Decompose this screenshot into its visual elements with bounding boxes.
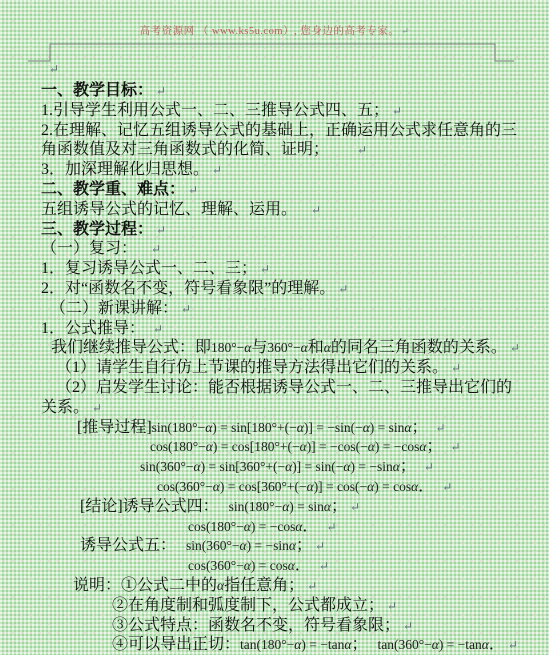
math-run: 180°−α (211, 340, 251, 355)
note-line: 说明：①公式二中的α指任意角；↵ (73, 576, 549, 596)
paragraph-mark: ↵ (508, 638, 518, 652)
paragraph-mark: ↵ (49, 62, 59, 77)
text-run: （2）启发学生讨论：能否根据诱导公式一、二、三推导出它们的 (56, 379, 512, 396)
text-run: ． (418, 478, 434, 495)
watermark-text: 高考资源网 （ www.ks5u.com）, 您身边的高考专家。 (140, 26, 400, 37)
derivation-line: cos(360°−α) = cos[360°+(−α)] = cos(−α) =… (157, 477, 549, 497)
text-run: 说明：①公式二中的 (73, 577, 217, 594)
text-run: 诱导公式五： (80, 537, 176, 554)
paragraph: （二）新课讲解：↵ (50, 299, 549, 319)
paragraph-mark: ↵ (151, 242, 161, 256)
paragraph: （2）启发学生讨论：能否根据诱导公式一、二、三推导出它们的 (56, 378, 549, 398)
paragraph-mark: ↵ (260, 262, 270, 276)
paragraph-mark: ↵ (153, 322, 163, 336)
paragraph: （一）复习：↵ (41, 239, 549, 259)
paragraph-mark: ↵ (156, 223, 166, 237)
text-run: 的同名三角函数的关系。 (331, 339, 507, 356)
paragraph-mark: ↵ (357, 143, 367, 157)
paragraph-mark: ↵ (188, 183, 198, 197)
text-run: 和 (308, 339, 324, 356)
text-run: （一）复习： (41, 240, 137, 257)
paragraph-mark: ↵ (319, 559, 329, 573)
header-watermark: 高考资源网 （ www.ks5u.com）, 您身边的高考专家。↵ (0, 23, 549, 38)
paragraph-mark: ↵ (424, 460, 434, 474)
text-run: （二）新课讲解： (50, 300, 178, 317)
paragraph: （1）请学生自行仿上节课的推导方法得出它们的关系。↵ (56, 358, 549, 378)
conclusion-line: cos(360°−α) = cosα．↵ (188, 556, 549, 576)
text-run: ； (412, 419, 428, 436)
math-run: cos(180°−α) = −cosα (188, 519, 302, 534)
text-run: ． (302, 518, 318, 535)
paragraph-mark: ↵ (338, 282, 348, 296)
text-run: ； (400, 458, 416, 475)
paragraph-mark: ↵ (315, 539, 325, 553)
heading-text: 一、教学目标： (41, 82, 153, 99)
paragraph: 2.在理解、记忆五组诱导公式的基础上，正确运用公式求任意角的三 (41, 121, 549, 141)
math-run: cos(180°−α) = cos[180°+(−α)] = −cos(−α) … (150, 439, 426, 454)
paragraph-mark: ↵ (401, 26, 409, 36)
paragraph: 我们继续推导公式：即180°−α与360°−α和α的同名三角函数的关系。↵ (51, 338, 549, 358)
text-run: ． (489, 636, 505, 653)
note-line: ③公式特点：函数名不变，符号看象限；↵ (112, 616, 549, 636)
text-run: 3．加深理解化归思想。 (41, 161, 209, 178)
paragraph: 三、教学过程：↵ (41, 220, 549, 240)
paragraph: 五组诱导公式的记忆、理解、运用。↵ (41, 200, 549, 220)
paragraph-mark: ↵ (510, 341, 520, 355)
paragraph: 3．加深理解化归思想。↵ (41, 160, 549, 180)
text-run: [推导过程] (77, 419, 152, 436)
paragraph: 角函数值及对三角函数式的化简、证明；↵ (41, 140, 549, 160)
text-run: ； (426, 438, 442, 455)
paragraph: 1．复习诱导公式一、二、三；↵ (41, 259, 549, 279)
text-run: [结论]诱导公式四： (80, 498, 219, 515)
text-run: 1．复习诱导公式一、二、三； (41, 260, 257, 277)
paragraph-mark: ↵ (450, 440, 460, 454)
text-run: 指任意角； (224, 577, 304, 594)
text-run: 1.引导学生利用公式一、二、三推导公式四、五； (41, 102, 389, 119)
math-run: sin(180°−α) = sin[180°+(−α)] = −sin(−α) … (152, 420, 412, 435)
text-run: 2.在理解、记忆五组诱导公式的基础上，正确运用公式求任意角的三 (41, 122, 517, 139)
paragraph-mark: ↵ (350, 500, 360, 514)
paragraph-mark: ↵ (387, 599, 397, 613)
derivation-line: cos(180°−α) = cos[180°+(−α)] = −cos(−α) … (150, 437, 549, 457)
conclusion-line: 诱导公式五：sin(360°−α) = −sinα；↵ (80, 536, 549, 556)
text-run: ③公式特点：函数名不变，符号看象限； (112, 617, 400, 634)
paragraph: 一、教学目标：↵ (41, 81, 549, 101)
math-run: cos(360°−α) = cos[360°+(−α)] = cos(−α) =… (157, 479, 418, 494)
note-line: ②在角度制和弧度制下，公式都成立；↵ (112, 596, 549, 616)
paragraph-mark: ↵ (156, 84, 166, 98)
text-run: ； (331, 498, 347, 515)
note-line: ④可以导出正切：tan(180°−α) = −tanα；tan(360°−α) … (112, 635, 549, 655)
paragraph-mark: ↵ (181, 302, 191, 316)
paragraph: 2．对“函数名不变，符号看象限”的理解。↵ (41, 279, 549, 299)
math-run: sin(360°−α) = sin[360°+(−α)] = sin(−α) =… (140, 459, 400, 474)
paragraph: 1．公式推导：↵ (41, 319, 549, 339)
text-run: 与 (251, 339, 267, 356)
paragraph-mark: ↵ (326, 520, 336, 534)
math-run: tan(180°−α) = −tanα (240, 637, 351, 652)
math-run: cos(360°−α) = cosα (188, 558, 295, 573)
math-run: sin(180°−α) = sinα (229, 499, 331, 514)
heading-text: 三、教学过程： (41, 221, 153, 238)
paragraph-mark: ↵ (311, 203, 321, 217)
text-run: 1．公式推导： (41, 320, 145, 337)
paragraph-mark: ↵ (392, 104, 402, 118)
paragraph: 1.引导学生利用公式一、二、三推导公式四、五；↵ (41, 101, 549, 121)
paragraph-mark: ↵ (212, 163, 222, 177)
text-run: 2．对“函数名不变，符号看象限”的理解。 (41, 280, 335, 297)
derivation-line: [推导过程]sin(180°−α) = sin[180°+(−α)] = −si… (77, 418, 549, 438)
paragraph-mark: ↵ (403, 619, 413, 633)
math-run: 360°−α (267, 340, 307, 355)
document-body: 一、教学目标：↵ 1.引导学生利用公式一、二、三推导公式四、五；↵ 2.在理解、… (41, 81, 549, 655)
math-run: α (324, 340, 331, 355)
math-run: tan(360°−α) = −tanα (377, 637, 488, 652)
text-run: （1）请学生自行仿上节课的推导方法得出它们的关系。 (56, 359, 448, 376)
text-run: ②在角度制和弧度制下，公式都成立； (112, 597, 384, 614)
text-run: 我们继续推导公式：即 (51, 339, 211, 356)
text-run: 五组诱导公式的记忆、理解、运用。 (41, 201, 297, 218)
paragraph-mark: ↵ (442, 480, 452, 494)
paragraph-mark: ↵ (451, 361, 461, 375)
math-run: sin(360°−α) = −sinα (186, 538, 296, 553)
conclusion-line: [结论]诱导公式四：sin(180°−α) = sinα；↵ (80, 497, 549, 517)
paragraph: 二、教学重、难点：↵ (41, 180, 549, 200)
text-run: ； (351, 636, 367, 653)
text-run: ； (296, 537, 312, 554)
paragraph-mark: ↵ (307, 579, 317, 593)
text-run: 关系。 (41, 399, 89, 416)
text-run: ． (295, 557, 311, 574)
conclusion-line: cos(180°−α) = −cosα．↵ (188, 517, 549, 537)
text-run: 角函数值及对三角函数式的化简、证明； (41, 141, 329, 158)
derivation-line: sin(360°−α) = sin[360°+(−α)] = sin(−α) =… (140, 457, 549, 477)
paragraph-mark: ↵ (92, 401, 102, 415)
heading-text: 二、教学重、难点： (41, 181, 185, 198)
paragraph: 关系。↵ (41, 398, 549, 418)
text-run: ④可以导出正切： (112, 636, 240, 653)
paragraph-mark: ↵ (436, 421, 446, 435)
